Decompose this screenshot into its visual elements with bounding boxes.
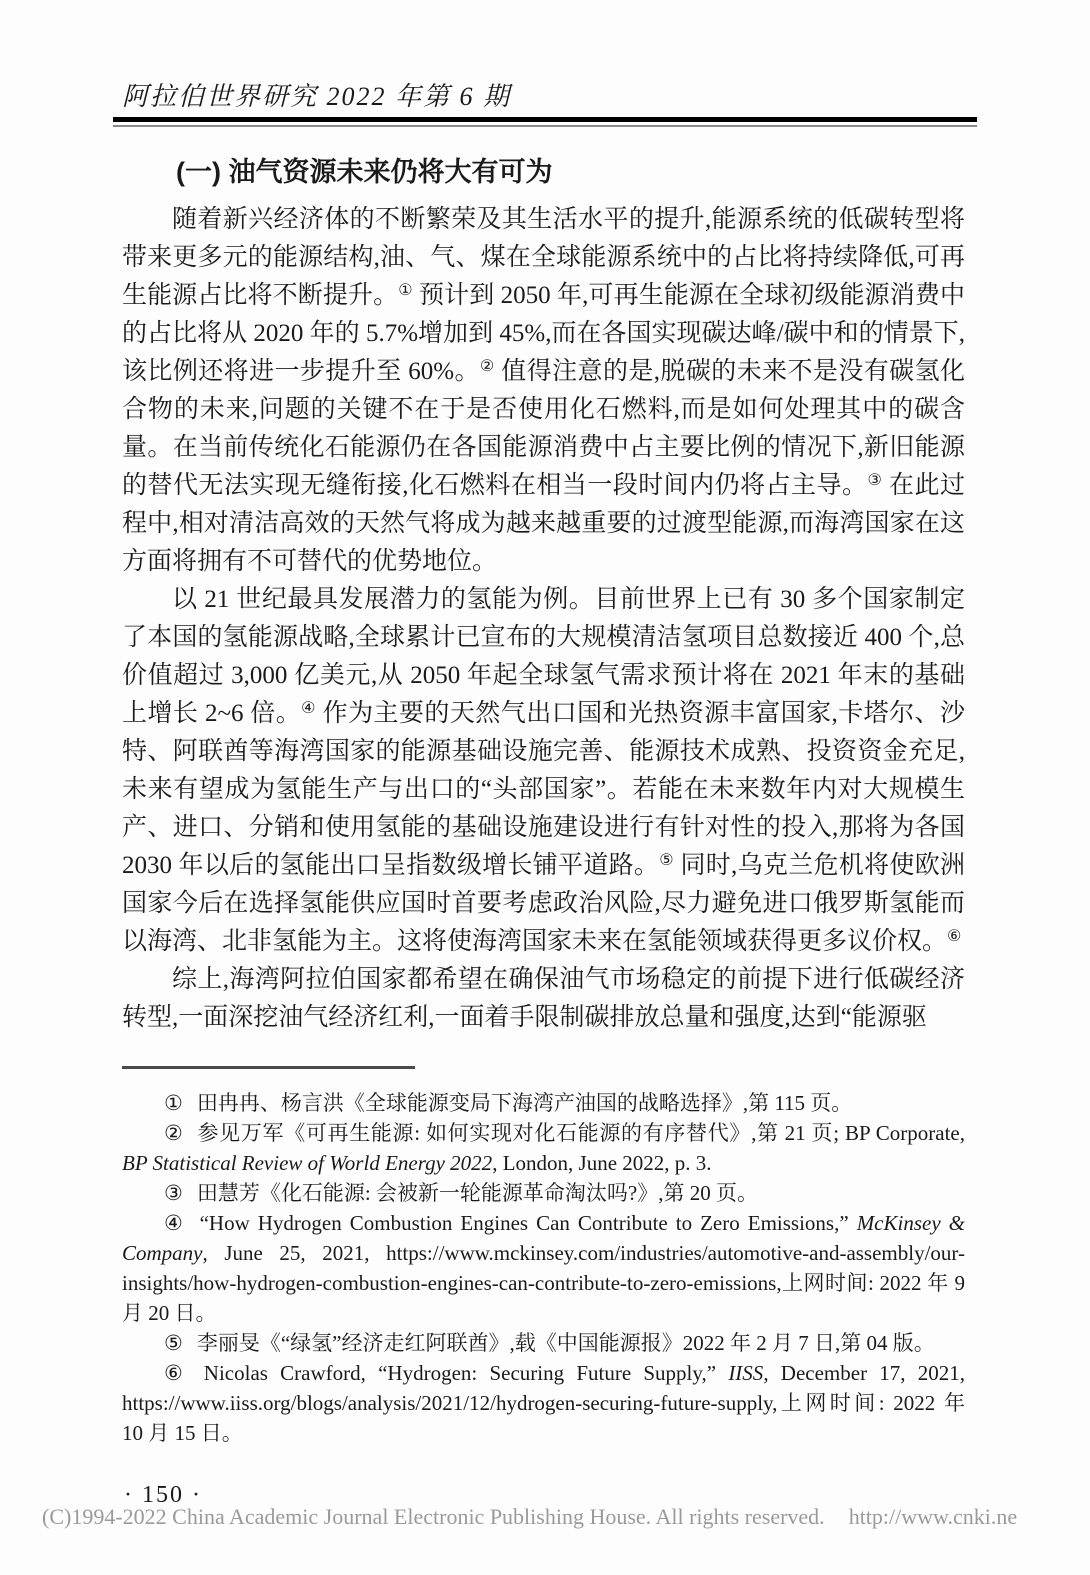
footnote-ref-mark: ③ (867, 472, 882, 489)
footnote-5: ⑤李丽旻《“绿氢”经济走红阿联酋》,载《中国能源报》2022 年 2 月 7 日… (122, 1328, 965, 1358)
text-segment: , London, June 2022, p. 3. (492, 1151, 711, 1175)
footnote-marker: ② (164, 1121, 198, 1145)
footnote-3: ③田慧芳《化石能源: 会被新一轮能源革命淘汰吗?》,第 20 页。 (122, 1178, 965, 1208)
text-segment: , June 25, 2021, https://www.mckinsey.co… (122, 1241, 965, 1325)
copyright-watermark: (C)1994-2022 China Academic Journal Elec… (42, 1504, 1017, 1530)
body-paragraph-1: 随着新兴经济体的不断繁荣及其生活水平的提升,能源系统的低碳转型将带来更多元的能源… (122, 201, 965, 581)
watermark-url-text: http://www.cnki.ne (849, 1504, 1017, 1529)
watermark-copyright-text: (C)1994-2022 China Academic Journal Elec… (42, 1504, 825, 1529)
footnote-text: Nicolas Crawford, “Hydrogen: Securing Fu… (122, 1361, 965, 1445)
footnote-marker: ④ (164, 1211, 200, 1235)
footnote-ref-mark: ② (480, 358, 495, 375)
journal-page: 阿拉伯世界研究 2022 年第 6 期 (一) 油气资源未来仍将大有可为 随着新… (0, 0, 1090, 1575)
footnote-text: 田冉冉、杨言洪《全球能源变局下海湾产油国的战略选择》,第 115 页。 (197, 1091, 852, 1115)
text-segment: 参见万军《可再生能源: 如何实现对化石能源的有序替代》,第 21 页; BP C… (198, 1121, 966, 1145)
footnote-1: ①田冉冉、杨言洪《全球能源变局下海湾产油国的战略选择》,第 115 页。 (122, 1088, 965, 1118)
footnote-text: 李丽旻《“绿氢”经济走红阿联酋》,载《中国能源报》2022 年 2 月 7 日,… (197, 1331, 935, 1355)
text-segment: “How Hydrogen Combustion Engines Can Con… (200, 1211, 857, 1235)
header-rule-thin (113, 125, 977, 127)
footnotes-section: ①田冉冉、杨言洪《全球能源变局下海湾产油国的战略选择》,第 115 页。 ②参见… (122, 1088, 965, 1448)
footnote-marker: ⑤ (164, 1331, 197, 1355)
footnote-separator (122, 1066, 415, 1069)
footnote-marker: ③ (164, 1181, 197, 1205)
footnote-4: ④“How Hydrogen Combustion Engines Can Co… (122, 1208, 965, 1328)
article-body: (一) 油气资源未来仍将大有可为 随着新兴经济体的不断繁荣及其生活水平的提升,能… (122, 152, 965, 1037)
footnote-ref-mark: ⑤ (659, 852, 674, 869)
text-segment: 综上,海湾阿拉伯国家都希望在确保油气市场稳定的前提下进行低碳经济转型,一面深挖油… (122, 966, 965, 1031)
text-segment: 田慧芳《化石能源: 会被新一轮能源革命淘汰吗?》,第 20 页。 (197, 1181, 758, 1205)
text-segment: Nicolas Crawford, “Hydrogen: Securing Fu… (204, 1361, 729, 1385)
footnote-6: ⑥Nicolas Crawford, “Hydrogen: Securing F… (122, 1358, 965, 1448)
footnote-ref-mark: ① (398, 282, 412, 299)
header-rule-thick (113, 117, 977, 122)
footnote-2: ②参见万军《可再生能源: 如何实现对化石能源的有序替代》,第 21 页; BP … (122, 1118, 965, 1178)
footnote-text: 参见万军《可再生能源: 如何实现对化石能源的有序替代》,第 21 页; BP C… (122, 1121, 965, 1175)
footnote-text: 田慧芳《化石能源: 会被新一轮能源革命淘汰吗?》,第 20 页。 (197, 1181, 758, 1205)
footnote-marker: ⑥ (164, 1361, 204, 1385)
footnote-ref-mark: ④ (301, 700, 316, 717)
footnote-ref-mark: ⑥ (947, 928, 961, 945)
header-rule (113, 117, 977, 127)
text-segment: IISS (728, 1361, 763, 1385)
body-paragraph-2: 以 21 世纪最具发展潜力的氢能为例。目前世界上已有 30 多个国家制定了本国的… (122, 581, 965, 961)
journal-header-title: 阿拉伯世界研究 2022 年第 6 期 (122, 76, 511, 113)
footnote-text: “How Hydrogen Combustion Engines Can Con… (122, 1211, 965, 1325)
footnote-marker: ① (164, 1091, 197, 1115)
text-segment: 李丽旻《“绿氢”经济走红阿联酋》,载《中国能源报》2022 年 2 月 7 日,… (197, 1331, 935, 1355)
body-paragraph-3: 综上,海湾阿拉伯国家都希望在确保油气市场稳定的前提下进行低碳经济转型,一面深挖油… (122, 961, 965, 1037)
text-segment: BP Statistical Review of World Energy 20… (122, 1151, 492, 1175)
section-heading: (一) 油气资源未来仍将大有可为 (122, 152, 965, 192)
text-segment: 田冉冉、杨言洪《全球能源变局下海湾产油国的战略选择》,第 115 页。 (197, 1091, 852, 1115)
